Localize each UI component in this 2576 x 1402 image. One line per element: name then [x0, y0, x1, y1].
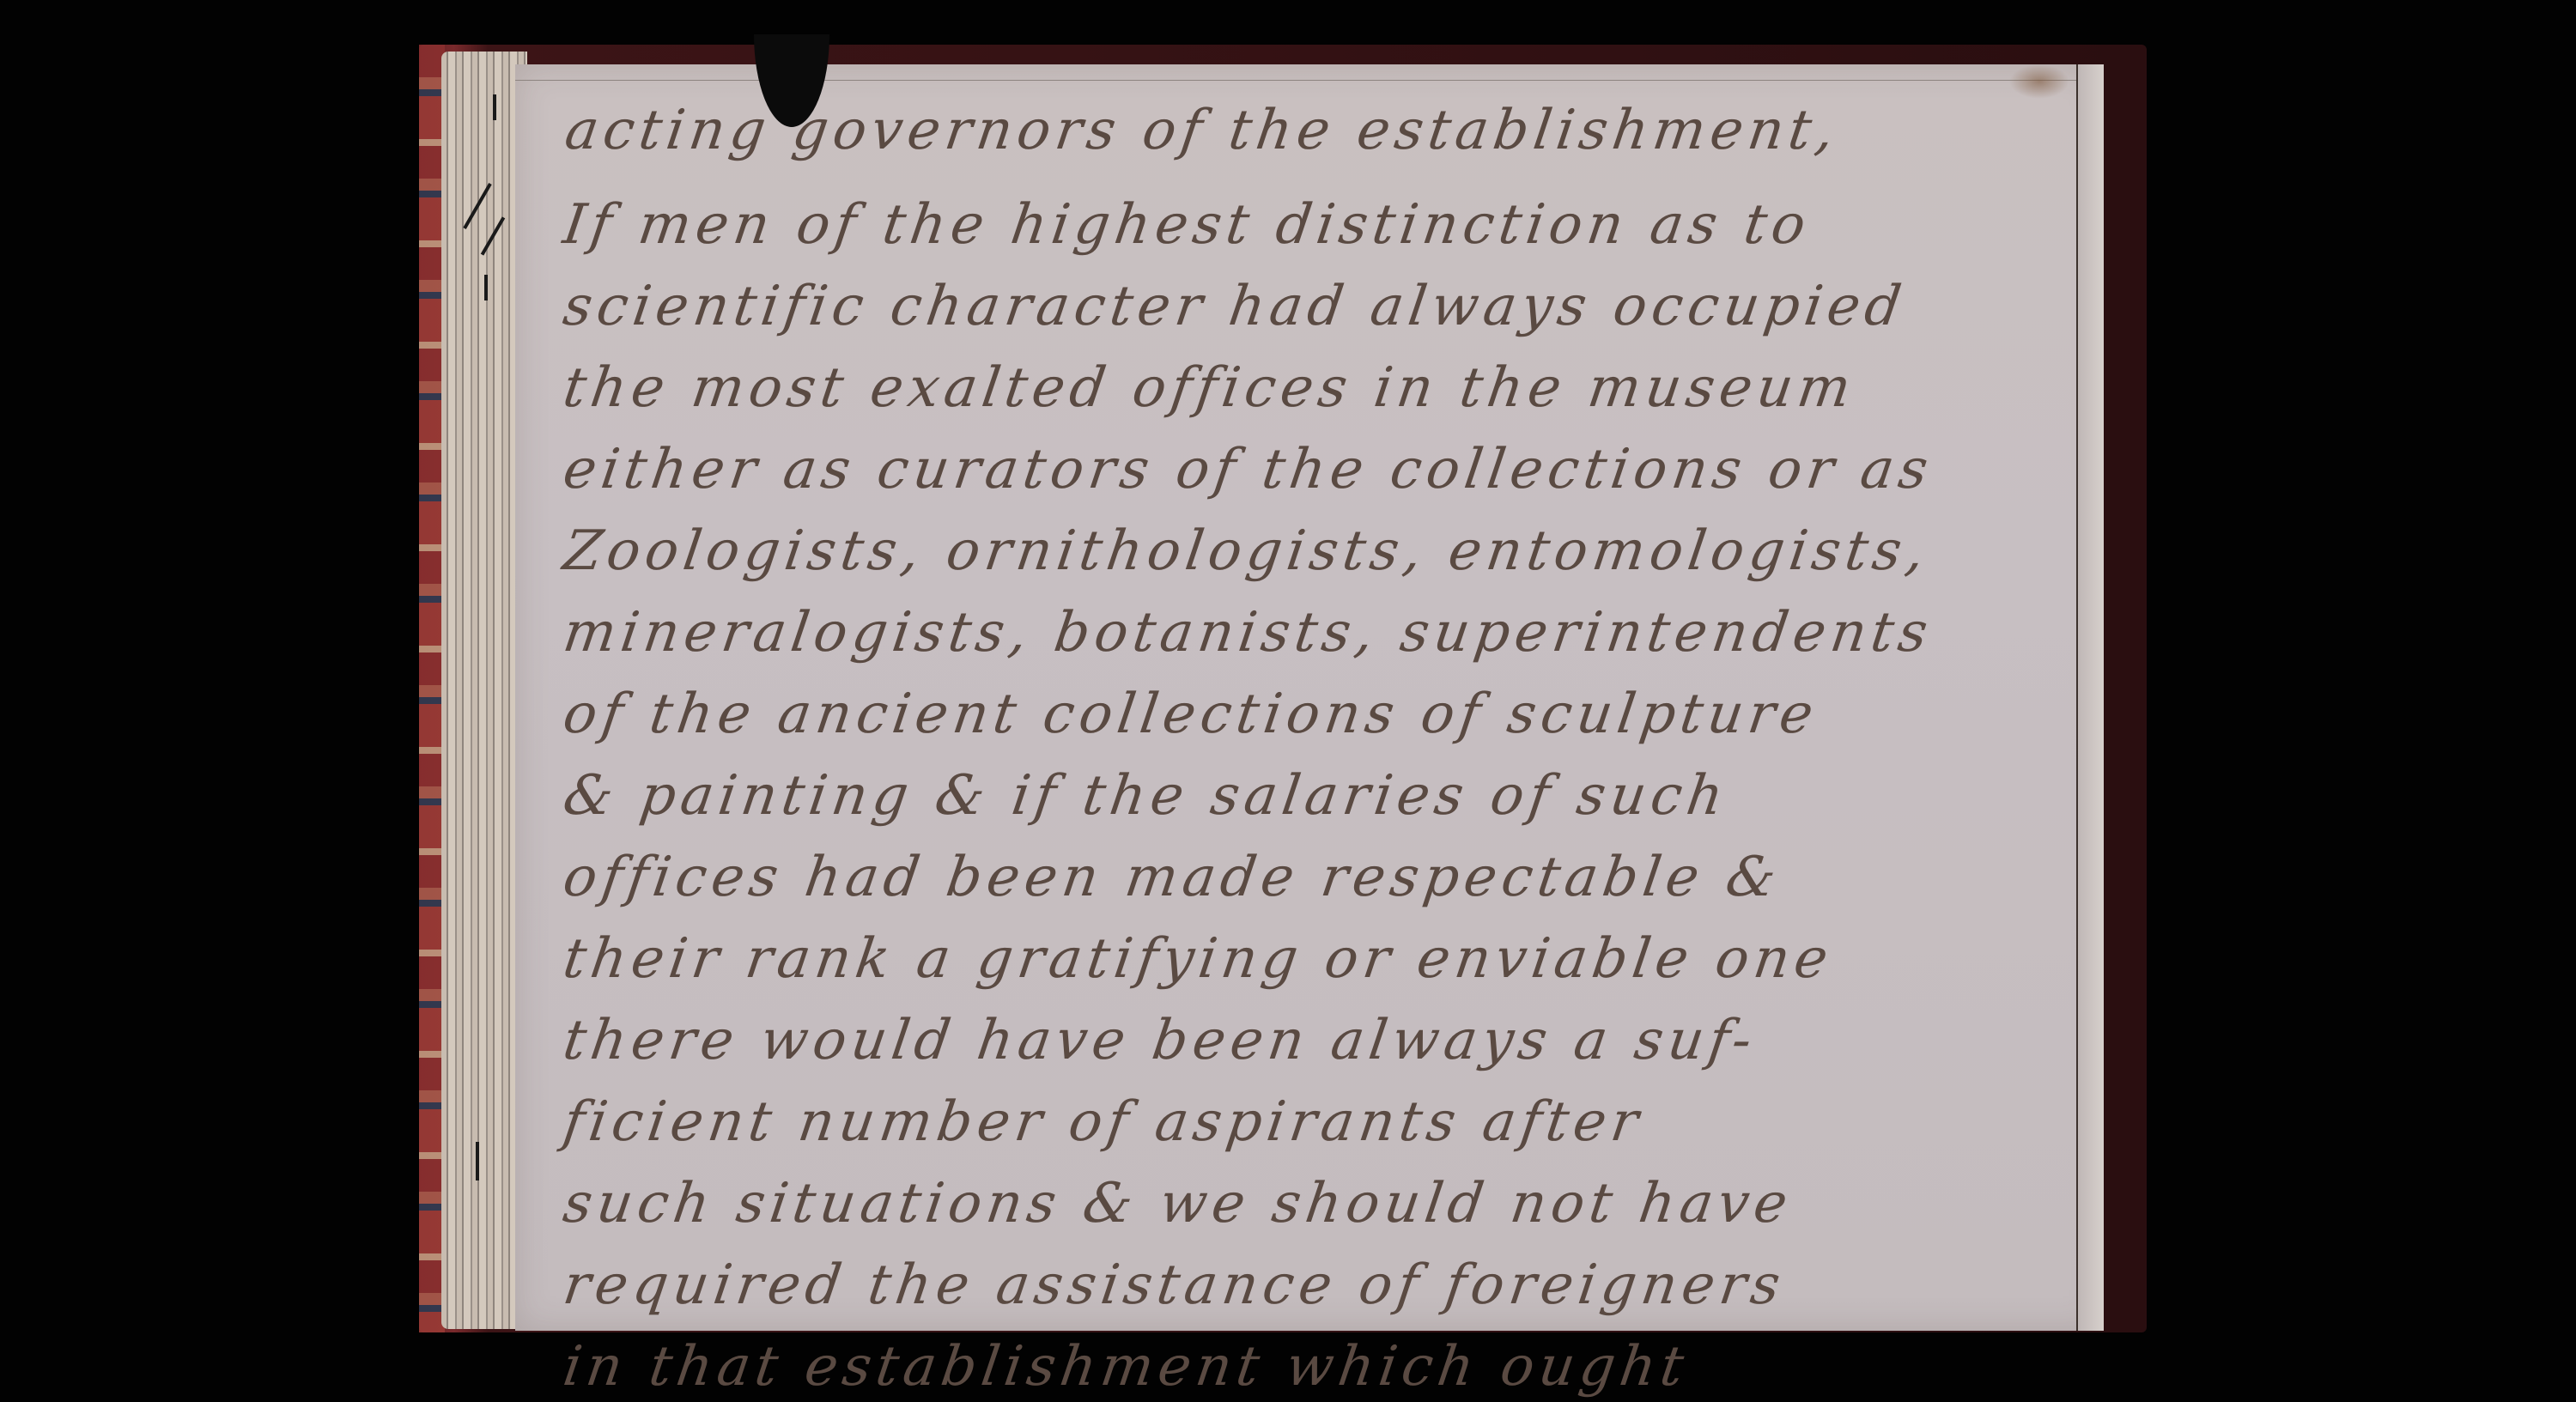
text-line: required the assistance of foreigners: [558, 1245, 2081, 1326]
text-line: in that establishment which ought: [558, 1326, 2081, 1402]
text-line: of the ancient collections of sculpture: [558, 674, 2081, 756]
photo-background: acting governors of the establishment, I…: [0, 0, 2576, 1402]
ink-mark: [476, 1142, 479, 1180]
text-line: ficient number of aspirants after: [558, 1082, 2081, 1163]
ink-mark: [481, 216, 505, 255]
text-line: acting governors of the establishment,: [558, 90, 2082, 185]
text-line: & painting & if the salaries of such: [558, 756, 2081, 837]
text-line: offices had been made respectable &: [558, 837, 2081, 919]
ink-mark: [493, 94, 496, 120]
text-line: mineralogists, botanists, superintendent…: [558, 592, 2081, 674]
text-line: scientific character had always occupied: [558, 266, 2081, 348]
page-edges-stack: [441, 52, 527, 1329]
ink-mark: [484, 275, 488, 300]
text-line: If men of the highest distinction as to: [558, 185, 2081, 266]
ink-mark: [463, 183, 491, 229]
text-line: Zoologists, ornithologists, entomologist…: [558, 511, 2081, 592]
text-line: such situations & we should not have: [558, 1163, 2081, 1245]
text-line: either as curators of the collections or…: [558, 429, 2081, 511]
text-line: their rank a gratifying or enviable one: [558, 919, 2081, 1000]
page-rule: [515, 80, 2104, 81]
text-line: there would have been always a suf-: [558, 1000, 2081, 1082]
page-right-edge: [2076, 64, 2104, 1331]
text-line: the most exalted offices in the museum: [558, 348, 2081, 429]
handwritten-text: acting governors of the establishment, I…: [558, 90, 2069, 1402]
